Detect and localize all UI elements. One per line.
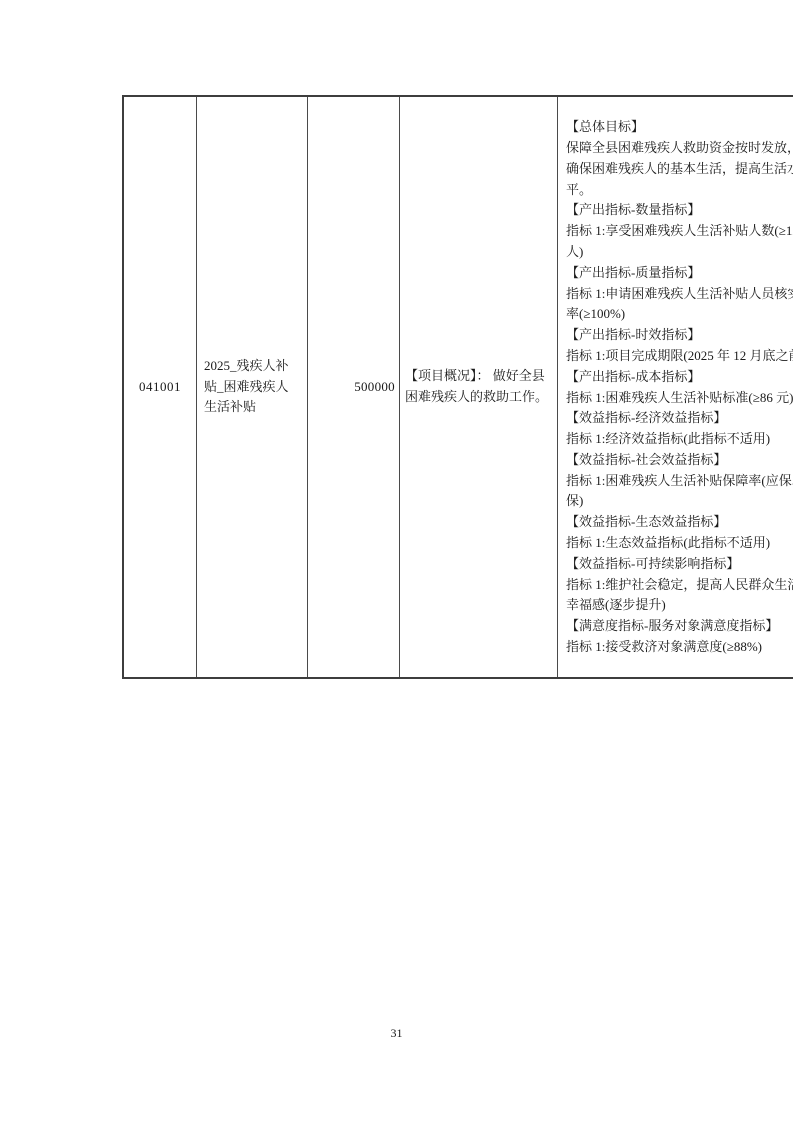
indicator-body: 指标 1:维护社会稳定，提高人民群众生活幸福感(逐步提升)	[566, 575, 793, 617]
indicator-heading: 【效益指标-经济效益指标】	[566, 408, 793, 429]
project-overview-cell: 【项目概况】： 做好全县困难残疾人的救助工作。	[400, 96, 558, 678]
indicator-heading: 【效益指标-可持续影响指标】	[566, 554, 793, 575]
project-name-cell: 2025_残疾人补贴_困难残疾人生活补贴	[197, 96, 308, 678]
indicator-section: 【产出指标-质量指标】 指标 1:申请困难残疾人生活补贴人员核实率(≥100%)	[566, 263, 793, 325]
document-page: 041001 2025_残疾人补贴_困难残疾人生活补贴 500000 【项目概况…	[0, 0, 793, 1122]
project-amount-cell: 500000	[308, 96, 400, 678]
project-performance-table: 041001 2025_残疾人补贴_困难残疾人生活补贴 500000 【项目概况…	[122, 95, 793, 679]
indicator-heading: 【产出指标-数量指标】	[566, 200, 793, 221]
indicator-section: 【产出指标-时效指标】 指标 1:项目完成期限(2025 年 12 月底之前)	[566, 325, 793, 367]
indicator-heading: 【产出指标-质量指标】	[566, 263, 793, 284]
project-code-cell: 041001	[123, 96, 197, 678]
indicator-body: 指标 1:申请困难残疾人生活补贴人员核实率(≥100%)	[566, 284, 793, 326]
indicator-section: 【产出指标-成本指标】 指标 1:困难残疾人生活补贴标准(≥86 元)	[566, 367, 793, 409]
indicator-body: 指标 1:困难残疾人生活补贴保障率(应保尽保)	[566, 471, 793, 513]
indicator-section: 【效益指标-生态效益指标】 指标 1:生态效益指标(此指标不适用)	[566, 512, 793, 554]
indicator-heading: 【产出指标-时效指标】	[566, 325, 793, 346]
indicator-section: 【满意度指标-服务对象满意度指标】 指标 1:接受救济对象满意度(≥88%)	[566, 616, 793, 658]
indicator-section: 【效益指标-社会效益指标】 指标 1:困难残疾人生活补贴保障率(应保尽保)	[566, 450, 793, 512]
indicator-section: 【总体目标】 保障全县困难残疾人救助资金按时发放，确保困难残疾人的基本生活，提高…	[566, 117, 793, 200]
indicator-heading: 【总体目标】	[566, 117, 793, 138]
indicator-heading: 【效益指标-生态效益指标】	[566, 512, 793, 533]
indicator-body: 指标 1:经济效益指标(此指标不适用)	[566, 429, 793, 450]
indicator-body: 指标 1:接受救济对象满意度(≥88%)	[566, 637, 793, 658]
indicator-section: 【效益指标-可持续影响指标】 指标 1:维护社会稳定，提高人民群众生活幸福感(逐…	[566, 554, 793, 616]
table-row: 041001 2025_残疾人补贴_困难残疾人生活补贴 500000 【项目概况…	[123, 96, 793, 678]
indicator-body: 指标 1:困难残疾人生活补贴标准(≥86 元)	[566, 388, 793, 409]
indicator-body: 指标 1:生态效益指标(此指标不适用)	[566, 533, 793, 554]
indicator-heading: 【效益指标-社会效益指标】	[566, 450, 793, 471]
indicator-section: 【效益指标-经济效益指标】 指标 1:经济效益指标(此指标不适用)	[566, 408, 793, 450]
indicator-body: 指标 1:项目完成期限(2025 年 12 月底之前)	[566, 346, 793, 367]
page-number: 31	[0, 1026, 793, 1041]
indicator-heading: 【满意度指标-服务对象满意度指标】	[566, 616, 793, 637]
indicator-section-list: 【总体目标】 保障全县困难残疾人救助资金按时发放，确保困难残疾人的基本生活，提高…	[566, 117, 793, 658]
indicator-body: 保障全县困难残疾人救助资金按时发放，确保困难残疾人的基本生活，提高生活水平。	[566, 138, 793, 200]
indicator-heading: 【产出指标-成本指标】	[566, 367, 793, 388]
performance-indicators-cell: 【总体目标】 保障全县困难残疾人救助资金按时发放，确保困难残疾人的基本生活，提高…	[558, 96, 793, 678]
indicator-section: 【产出指标-数量指标】 指标 1:享受困难残疾人生活补贴人数(≥1200 人)	[566, 200, 793, 262]
indicator-body: 指标 1:享受困难残疾人生活补贴人数(≥1200 人)	[566, 221, 793, 263]
